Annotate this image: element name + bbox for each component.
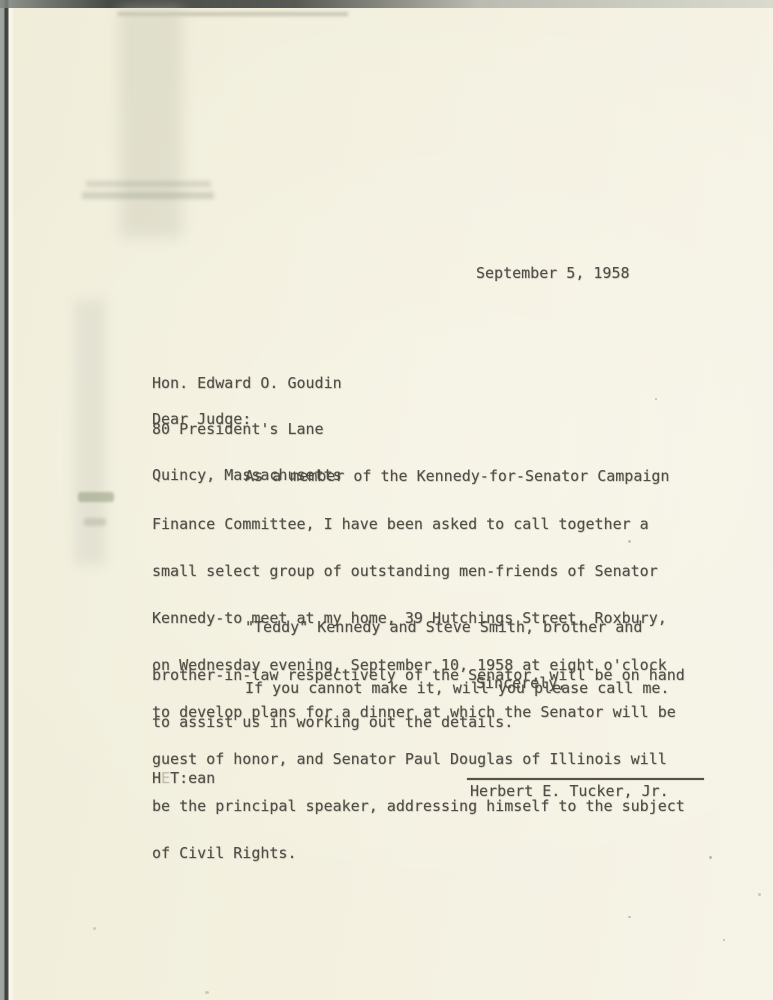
closing: Sincerely, xyxy=(476,676,566,692)
body-line: If you cannot make it, will you please c… xyxy=(245,681,669,697)
typist-initials-faint-part: E xyxy=(161,769,170,787)
scanned-letter-page: September 5, 1958 Hon. Edward O. Goudin … xyxy=(0,0,773,1000)
typist-initials-part: T:ean xyxy=(170,769,215,787)
body-line: of Civil Rights. xyxy=(152,846,685,862)
typist-initials: HET:ean xyxy=(152,771,215,787)
body-line: small select group of outstanding men-fr… xyxy=(152,564,685,580)
body-line: be the principal speaker, addressing him… xyxy=(152,799,685,815)
body-line: "Teddy" Kennedy and Steve Smith, brother… xyxy=(245,620,685,636)
body-paragraph-3: If you cannot make it, will you please c… xyxy=(152,650,669,729)
recipient-name: Hon. Edward O. Goudin xyxy=(152,376,342,391)
letter-content: September 5, 1958 Hon. Edward O. Goudin … xyxy=(0,0,773,1000)
signature-name: Herbert E. Tucker, Jr. xyxy=(470,784,669,800)
salutation: Dear Judge: xyxy=(152,412,251,428)
typist-initials-part: H xyxy=(152,769,161,787)
letter-date: September 5, 1958 xyxy=(476,266,630,282)
body-line: Finance Committee, I have been asked to … xyxy=(152,517,685,533)
signature-rule xyxy=(467,778,704,780)
body-line: As a member of the Kennedy-for-Senator C… xyxy=(245,469,685,485)
